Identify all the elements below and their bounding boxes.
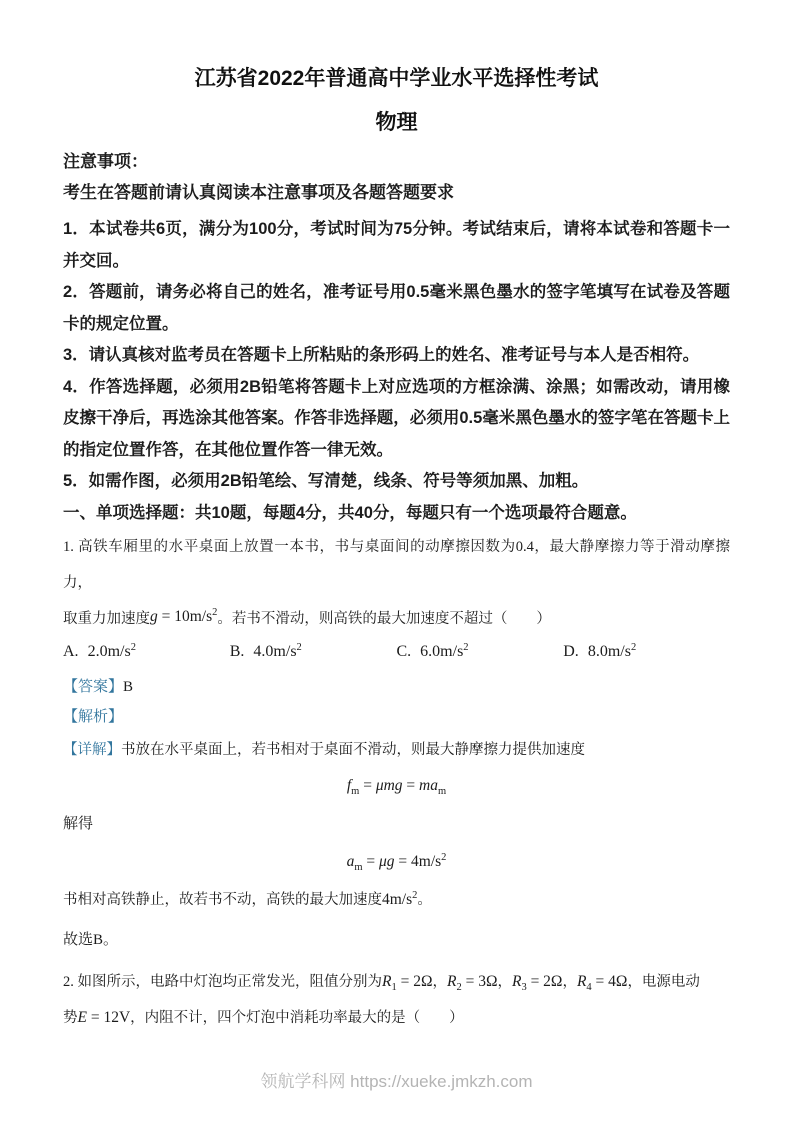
answer-value: B bbox=[123, 679, 133, 695]
notices-subheading: 考生在答题前请认真阅读本注意事项及各题答题要求 bbox=[63, 179, 730, 206]
watermark-footer: 领航学科网 https://xueke.jmkzh.com bbox=[0, 1070, 793, 1094]
question-2-text3: 势 bbox=[63, 1010, 78, 1026]
solve-word: 解得 bbox=[63, 813, 730, 835]
equation-friction: fm = μmg = mam bbox=[63, 773, 730, 799]
question-1-line1: 1. 高铁车厢里的水平桌面上放置一本书，书与桌面间的动摩擦因数为0.4，最大静摩… bbox=[63, 539, 730, 591]
question-1-line2-prefix: 取重力加速度 bbox=[63, 611, 150, 627]
question-1-line2-suffix: 。若书不滑动，则高铁的最大加速度不超过（ ） bbox=[217, 611, 551, 627]
question-1: 1. 高铁车厢里的水平桌面上放置一本书，书与桌面间的动摩擦因数为0.4，最大静摩… bbox=[63, 529, 730, 637]
notices-heading: 注意事项： bbox=[63, 148, 730, 175]
page-title: 江苏省2022年普通高中学业水平选择性考试 bbox=[63, 64, 730, 94]
option-c: C.6.0m/s2 bbox=[397, 639, 564, 665]
analysis-label: 【解析】 bbox=[63, 709, 123, 725]
detail-line: 【详解】书放在水平桌面上，若书相对于桌面不滑动，则最大静摩擦力提供加速度 bbox=[63, 739, 730, 761]
answer-line: 【答案】B bbox=[63, 676, 730, 698]
resistor-r1-formula: R1 = 2Ω bbox=[382, 973, 432, 990]
page-subject: 物理 bbox=[63, 108, 730, 138]
option-d: D.8.0m/s2 bbox=[563, 639, 730, 665]
question-2-line1: 2. 如图所示，电路中灯泡均正常发光，阻值分别为 bbox=[63, 974, 382, 990]
notice-item-5: 5．如需作图，必须用2B铅笔绘、写清楚，线条、符号等须加黑、加粗。 bbox=[63, 466, 730, 498]
equation-acceleration: am = μg = 4m/s2 bbox=[63, 849, 730, 875]
separator: ， bbox=[497, 974, 512, 990]
detail-conclusion-text: 书相对高铁静止，故若书不动，高铁的最大加速度4m/s2。 bbox=[63, 889, 730, 911]
option-b: B.4.0m/s2 bbox=[230, 639, 397, 665]
max-acceleration-value: 4m/s2 bbox=[382, 891, 417, 908]
emf-formula: E = 12V bbox=[78, 1009, 131, 1026]
question-2-text2: ，电源电动 bbox=[627, 974, 700, 990]
question-2-text4: ，内阻不计，四个灯泡中消耗功率最大的是（ ） bbox=[130, 1010, 464, 1026]
notice-item-2: 2．答题前，请务必将自己的姓名，准考证号用0.5毫米黑色墨水的签字笔填写在试卷及… bbox=[63, 277, 730, 340]
exam-document-page: 江苏省2022年普通高中学业水平选择性考试 物理 注意事项： 考生在答题前请认真… bbox=[0, 0, 793, 1122]
option-a: A.2.0m/s2 bbox=[63, 639, 230, 665]
notice-item-4: 4．作答选择题，必须用2B铅笔将答题卡上对应选项的方框涂满、涂黑；如需改动，请用… bbox=[63, 372, 730, 467]
separator: ， bbox=[562, 974, 577, 990]
detail-label: 【详解】 bbox=[63, 742, 121, 758]
separator: ， bbox=[432, 974, 447, 990]
notice-item-3: 3．请认真核对监考员在答题卡上所粘贴的条形码上的姓名、准考证号与本人是否相符。 bbox=[63, 340, 730, 372]
detail-text: 书放在水平桌面上，若书相对于桌面不滑动，则最大静摩擦力提供加速度 bbox=[121, 742, 585, 758]
answer-label: 【答案】 bbox=[63, 679, 123, 695]
resistor-r2-formula: R2 = 3Ω bbox=[447, 973, 497, 990]
resistor-r4-formula: R4 = 4Ω bbox=[577, 973, 627, 990]
question-2: 2. 如图所示，电路中灯泡均正常发光，阻值分别为R1 = 2Ω，R2 = 3Ω，… bbox=[63, 964, 730, 1036]
notice-item-1: 1．本试卷共6页，满分为100分，考试时间为75分钟。考试结束后，请将本试卷和答… bbox=[63, 214, 730, 277]
gravity-formula: g = 10m/s2 bbox=[150, 608, 217, 625]
analysis-line: 【解析】 bbox=[63, 706, 730, 728]
answer-conclusion: 故选B。 bbox=[63, 929, 730, 951]
question-1-options: A.2.0m/s2 B.4.0m/s2 C.6.0m/s2 D.8.0m/s2 bbox=[63, 639, 730, 665]
resistor-r3-formula: R3 = 2Ω bbox=[512, 973, 562, 990]
section-1-heading: 一、单项选择题：共10题，每题4分，共40分，每题只有一个选项最符合题意。 bbox=[63, 498, 730, 530]
